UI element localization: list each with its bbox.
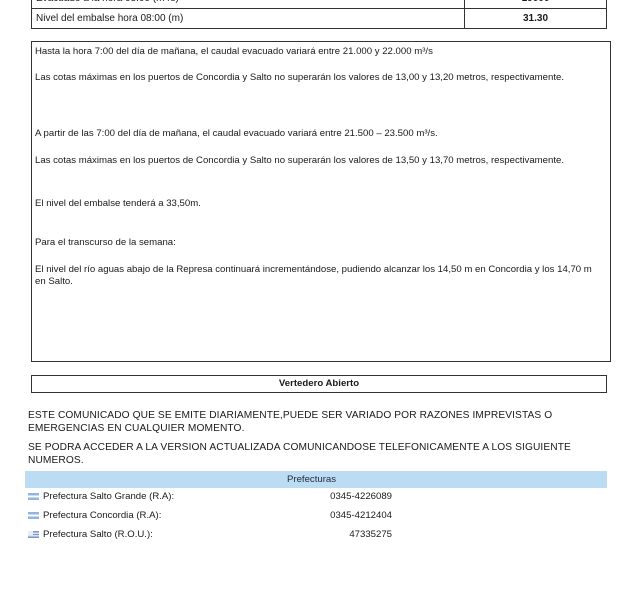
prefecturas-header-label: Prefecturas: [287, 471, 336, 488]
forecast-paragraph: El nivel del embalse tenderá a 33,50m.: [35, 198, 604, 210]
forecast-paragraph: El nivel del río aguas abajo de la Repre…: [35, 264, 604, 288]
row-label: Evacuado a la hora 08:00 (m³/s): [32, 0, 465, 9]
forecast-paragraph: Para el transcurso de la semana:: [35, 237, 604, 249]
argentina-flag-icon: [28, 493, 39, 500]
table-row: Nivel del embalse hora 08:00 (m) 31.30: [32, 9, 607, 29]
notice-text: SE PODRA ACCEDER A LA VERSION ACTUALIZAD…: [28, 442, 598, 467]
forecast-box: Hasta la hora 7:00 del día de mañana, el…: [31, 41, 611, 362]
prefecturas-header: Prefecturas: [25, 471, 607, 488]
summary-table: Evacuado a la hora 08:00 (m³/s) 19000 Ni…: [31, 0, 607, 29]
prefectura-name: Prefectura Salto (R.O.U.):: [43, 527, 153, 543]
forecast-paragraph: Las cotas máximas en los puertos de Conc…: [35, 155, 604, 167]
argentina-flag-icon: [28, 512, 39, 519]
prefectura-phone: 47335275: [349, 527, 392, 543]
prefectura-row: Prefectura Salto Grande (R.A): 0345-4226…: [28, 489, 588, 505]
notice-text: ESTE COMUNICADO QUE SE EMITE DIARIAMENTE…: [28, 410, 598, 435]
row-label: Nivel del embalse hora 08:00 (m): [32, 9, 465, 29]
forecast-paragraph: Las cotas máximas en los puertos de Conc…: [35, 72, 604, 84]
prefectura-name: Prefectura Salto Grande (R.A):: [43, 489, 174, 505]
prefectura-row: Prefectura Concordia (R.A): 0345-4212404: [28, 508, 588, 524]
table-row: Evacuado a la hora 08:00 (m³/s) 19000: [32, 0, 607, 9]
uruguay-flag-icon: [28, 531, 39, 538]
prefectura-row: Prefectura Salto (R.O.U.): 47335275: [28, 527, 588, 543]
row-value: 31.30: [465, 9, 607, 29]
prefectura-name: Prefectura Concordia (R.A):: [43, 508, 161, 524]
vertedero-status: Vertedero Abierto: [31, 375, 607, 393]
row-value: 19000: [465, 0, 607, 9]
forecast-paragraph: Hasta la hora 7:00 del día de mañana, el…: [35, 46, 604, 58]
prefectura-phone: 0345-4226089: [330, 489, 392, 505]
prefectura-phone: 0345-4212404: [330, 508, 392, 524]
forecast-paragraph: A partir de las 7:00 del día de mañana, …: [35, 128, 604, 140]
